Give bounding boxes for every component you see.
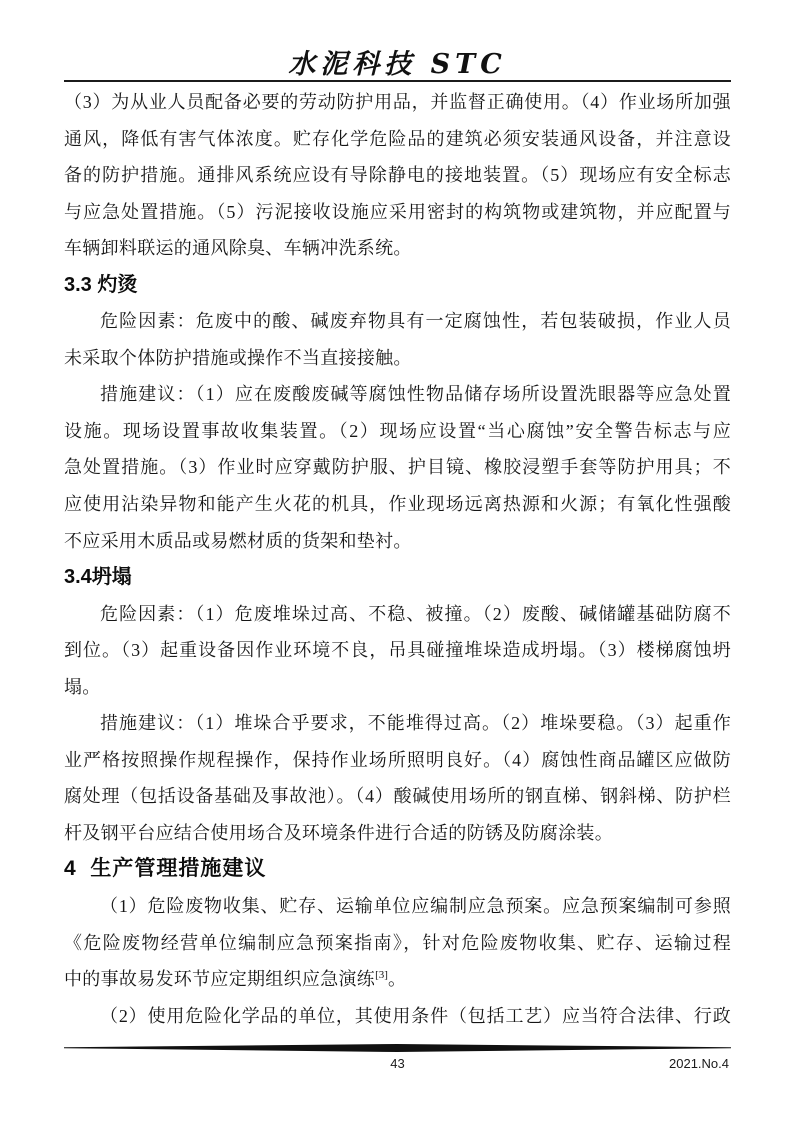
header-rule: [64, 80, 731, 82]
paragraph-line: 措施建议：（1）应在废酸废碱等腐蚀性物品储存场所设置洗眼器等应急处置: [64, 376, 731, 413]
document-page: 水泥科技 STC （3）为从业人员配备必要的劳动防护用品，并监督正确使用。（4）…: [0, 0, 793, 1122]
paragraph-line: 车辆卸料联运的通风除臭、车辆冲洗系统。: [64, 230, 731, 267]
section-heading: 4 生产管理措施建议: [64, 851, 731, 888]
paragraph-line: 杆及钢平台应结合使用场合及环境条件进行合适的防锈及防腐涂装。: [64, 815, 731, 852]
text-segment: 中的事故易发环节应定期组织应急演练: [64, 969, 375, 989]
text-segment: 塌。: [64, 677, 101, 697]
paragraph-line: 到位。（3）起重设备因作业环境不良，吊具碰撞堆垛造成坍塌。（3）楼梯腐蚀坍: [64, 632, 731, 669]
text-segment: （1）危险废物收集、贮存、运输单位应编制应急预案。应急预案编制可参照: [100, 896, 731, 916]
text-segment: 《危险废物经营单位编制应急预案指南》，针对危险废物收集、贮存、运输过程: [64, 933, 731, 953]
section-heading: 3.3 灼烫: [64, 267, 731, 304]
text-segment: 应使用沾染异物和能产生火花的机具，作业现场远离热源和火源；有氧化性强酸: [64, 494, 731, 514]
text-segment: （2）使用危险化学品的单位，其使用条件（包括工艺）应当符合法律、行政: [100, 1006, 731, 1026]
page-footer: 43 2021.No.4: [64, 1053, 731, 1075]
text-segment: （3）为从业人员配备必要的劳动防护用品，并监督正确使用。（4）作业场所加强: [64, 92, 731, 112]
text-segment: 备的防护措施。通排风系统应设有导除静电的接地装置。（5）现场应有安全标志: [64, 165, 731, 185]
paragraph-line: 危险因素：危废中的酸、碱废弃物具有一定腐蚀性，若包装破损，作业人员: [64, 303, 731, 340]
section-heading: 3.4坍塌: [64, 559, 731, 596]
text-segment: 车辆卸料联运的通风除臭、车辆冲洗系统。: [64, 238, 412, 258]
paragraph-line: （3）为从业人员配备必要的劳动防护用品，并监督正确使用。（4）作业场所加强: [64, 84, 731, 121]
paragraph-line: （1）危险废物收集、贮存、运输单位应编制应急预案。应急预案编制可参照: [64, 888, 731, 925]
text-segment: 通风，降低有害气体浓度。贮存化学危险品的建筑必须安装通风设备，并注意设: [64, 129, 731, 149]
paragraph-line: 措施建议：（1）堆垛合乎要求，不能堆得过高。（2）堆垛要稳。（3）起重作: [64, 705, 731, 742]
text-segment: 措施建议：（1）应在废酸废碱等腐蚀性物品储存场所设置洗眼器等应急处置: [100, 384, 731, 404]
paragraph-line: 设施。现场设置事故收集装置。（2）现场应设置“当心腐蚀”安全警告标志与应: [64, 413, 731, 450]
body-text: （3）为从业人员配备必要的劳动防护用品，并监督正确使用。（4）作业场所加强通风，…: [64, 84, 731, 1034]
text-segment: 。: [388, 969, 406, 989]
paragraph-line: 急处置措施。（3）作业时应穿戴防护服、护目镜、橡胶浸塑手套等防护用具；不: [64, 449, 731, 486]
text-segment: 业严格按照操作规程操作，保持作业场所照明良好。（4）腐蚀性商品罐区应做防: [64, 750, 731, 770]
paragraph-line: 中的事故易发环节应定期组织应急演练[3]。: [64, 961, 731, 998]
text-segment: 措施建议：（1）堆垛合乎要求，不能堆得过高。（2）堆垛要稳。（3）起重作: [100, 713, 731, 733]
paragraph-line: 业严格按照操作规程操作，保持作业场所照明良好。（4）腐蚀性商品罐区应做防: [64, 742, 731, 779]
journal-title: 水泥科技 STC: [288, 49, 506, 80]
paragraph-line: 应使用沾染异物和能产生火花的机具，作业现场远离热源和火源；有氧化性强酸: [64, 486, 731, 523]
paragraph-line: （2）使用危险化学品的单位，其使用条件（包括工艺）应当符合法律、行政: [64, 998, 731, 1035]
text-segment: 未采取个体防护措施或操作不当直接接触。: [64, 348, 412, 368]
paragraph-line: 与应急处置措施。（5）污泥接收设施应采用密封的构筑物或建筑物，并应配置与: [64, 194, 731, 231]
page-number: 43: [64, 1053, 731, 1075]
paragraph-line: 塌。: [64, 669, 731, 706]
text-segment: 危险因素：（1）危废堆垛过高、不稳、被撞。（2）废酸、碱储罐基础防腐不: [100, 604, 731, 624]
text-segment: 急处置措施。（3）作业时应穿戴防护服、护目镜、橡胶浸塑手套等防护用具；不: [64, 457, 731, 477]
footer-rule-shape: [64, 1044, 731, 1052]
issue-number: 2021.No.4: [669, 1053, 729, 1075]
text-segment: 杆及钢平台应结合使用场合及环境条件进行合适的防锈及防腐涂装。: [64, 823, 613, 843]
superscript-ref: [3]: [375, 969, 388, 981]
journal-header: 水泥科技 STC: [64, 42, 731, 81]
paragraph-line: 危险因素：（1）危废堆垛过高、不稳、被撞。（2）废酸、碱储罐基础防腐不: [64, 596, 731, 633]
paragraph-line: 《危险废物经营单位编制应急预案指南》，针对危险废物收集、贮存、运输过程: [64, 925, 731, 962]
paragraph-line: 通风，降低有害气体浓度。贮存化学危险品的建筑必须安装通风设备，并注意设: [64, 121, 731, 158]
text-segment: 不应采用木质品或易燃材质的货架和垫衬。: [64, 531, 412, 551]
text-segment: 设施。现场设置事故收集装置。（2）现场应设置“当心腐蚀”安全警告标志与应: [64, 421, 731, 441]
text-segment: 危险因素：危废中的酸、碱废弃物具有一定腐蚀性，若包装破损，作业人员: [100, 311, 731, 331]
text-segment: 到位。（3）起重设备因作业环境不良，吊具碰撞堆垛造成坍塌。（3）楼梯腐蚀坍: [64, 640, 731, 660]
paragraph-line: 不应采用木质品或易燃材质的货架和垫衬。: [64, 523, 731, 560]
text-segment: 与应急处置措施。（5）污泥接收设施应采用密封的构筑物或建筑物，并应配置与: [64, 202, 731, 222]
paragraph-line: 备的防护措施。通排风系统应设有导除静电的接地装置。（5）现场应有安全标志: [64, 157, 731, 194]
paragraph-line: 未采取个体防护措施或操作不当直接接触。: [64, 340, 731, 377]
text-segment: 腐处理（包括设备基础及事故池）。（4）酸碱使用场所的钢直梯、钢斜梯、防护栏: [64, 786, 731, 806]
footer-rule: [64, 1044, 731, 1052]
paragraph-line: 腐处理（包括设备基础及事故池）。（4）酸碱使用场所的钢直梯、钢斜梯、防护栏: [64, 778, 731, 815]
